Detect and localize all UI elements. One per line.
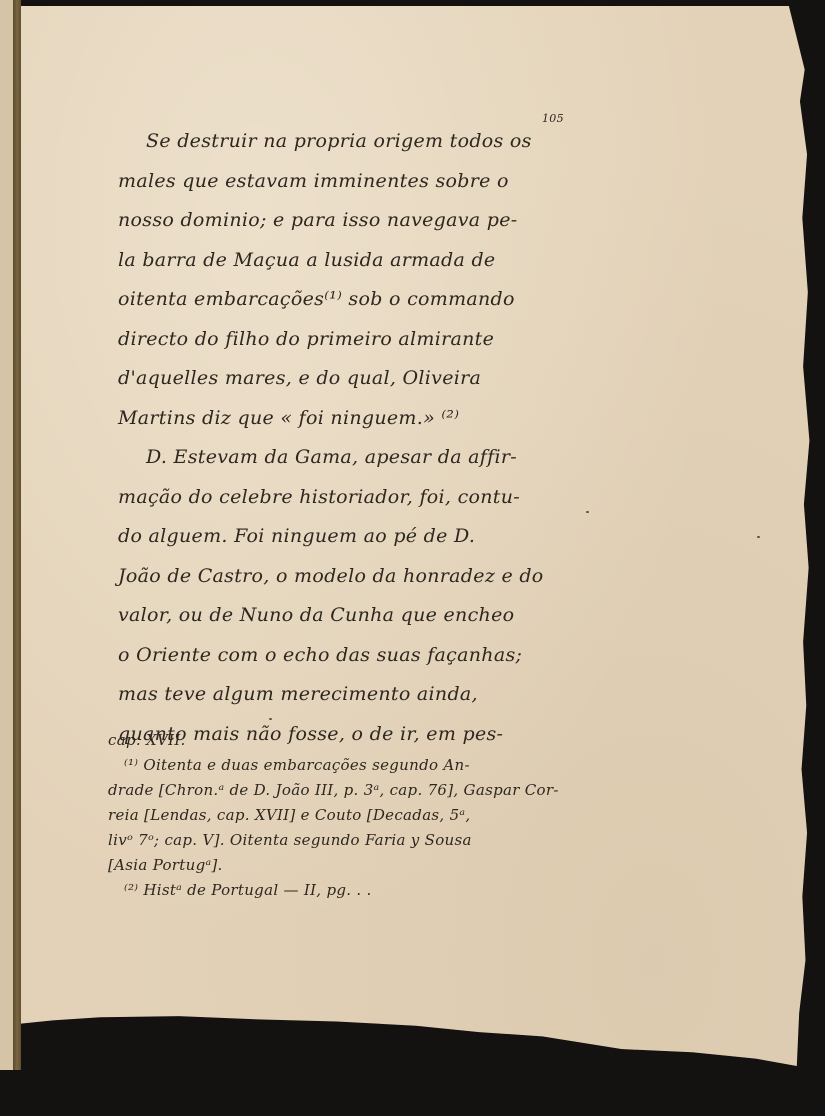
body-line: valor, ou de Nuno da Cunha que encheo	[118, 596, 568, 636]
paper-speck	[586, 511, 589, 513]
footnote-line: livᵒ 7ᵒ; cap. V]. Oitenta segundo Faria …	[108, 828, 568, 853]
body-line: directo do filho do primeiro almirante	[118, 320, 568, 360]
previous-page-edge	[0, 0, 13, 1070]
body-line: males que estavam imminentes sobre o	[118, 162, 568, 202]
manuscript-scan: 105 Se destruir na propria origem todos …	[0, 0, 825, 1116]
paper-speck	[757, 536, 760, 538]
footnote-line: [Asia Portugᵃ].	[108, 853, 568, 878]
body-line: mação do celebre historiador, foi, contu…	[118, 478, 568, 518]
footnote-line: reia [Lendas, cap. XVII] e Couto [Decada…	[108, 803, 568, 828]
body-line: d'aquelles mares, e do qual, Oliveira	[118, 359, 568, 399]
binding-rule	[13, 0, 21, 1070]
body-line: oitenta embarcações⁽¹⁾ sob o commando	[118, 280, 568, 320]
body-line: do alguem. Foi ninguem ao pé de D.	[118, 517, 568, 557]
body-line: nosso dominio; e para isso navegava pe-	[118, 201, 568, 241]
footnote-line: drade [Chron.ᵃ de D. João III, p. 3ᵃ, ca…	[108, 778, 568, 803]
body-line: o Oriente com o echo das suas façanhas;	[118, 636, 568, 676]
body-line: D. Estevam da Gama, apesar da affir-	[118, 438, 568, 478]
body-text: Se destruir na propria origem todos os m…	[118, 122, 568, 754]
body-line: João de Castro, o modelo da honradez e d…	[118, 557, 568, 597]
body-line: mas teve algum merecimento ainda,	[118, 675, 568, 715]
footnote-2: ⁽²⁾ Histᵃ de Portugal — II, pg. . .	[108, 878, 568, 903]
footnote-1: ⁽¹⁾ Oitenta e duas embarcações segundo A…	[108, 753, 568, 778]
body-line: Se destruir na propria origem todos os	[118, 122, 568, 162]
body-line: Martins diz que « foi ninguem.» ⁽²⁾	[118, 399, 568, 439]
footnotes: cap. XVII. ⁽¹⁾ Oitenta e duas embarcaçõe…	[108, 728, 568, 903]
body-line: la barra de Maçua a lusida armada de	[118, 241, 568, 281]
footnote-line: cap. XVII.	[108, 728, 568, 753]
